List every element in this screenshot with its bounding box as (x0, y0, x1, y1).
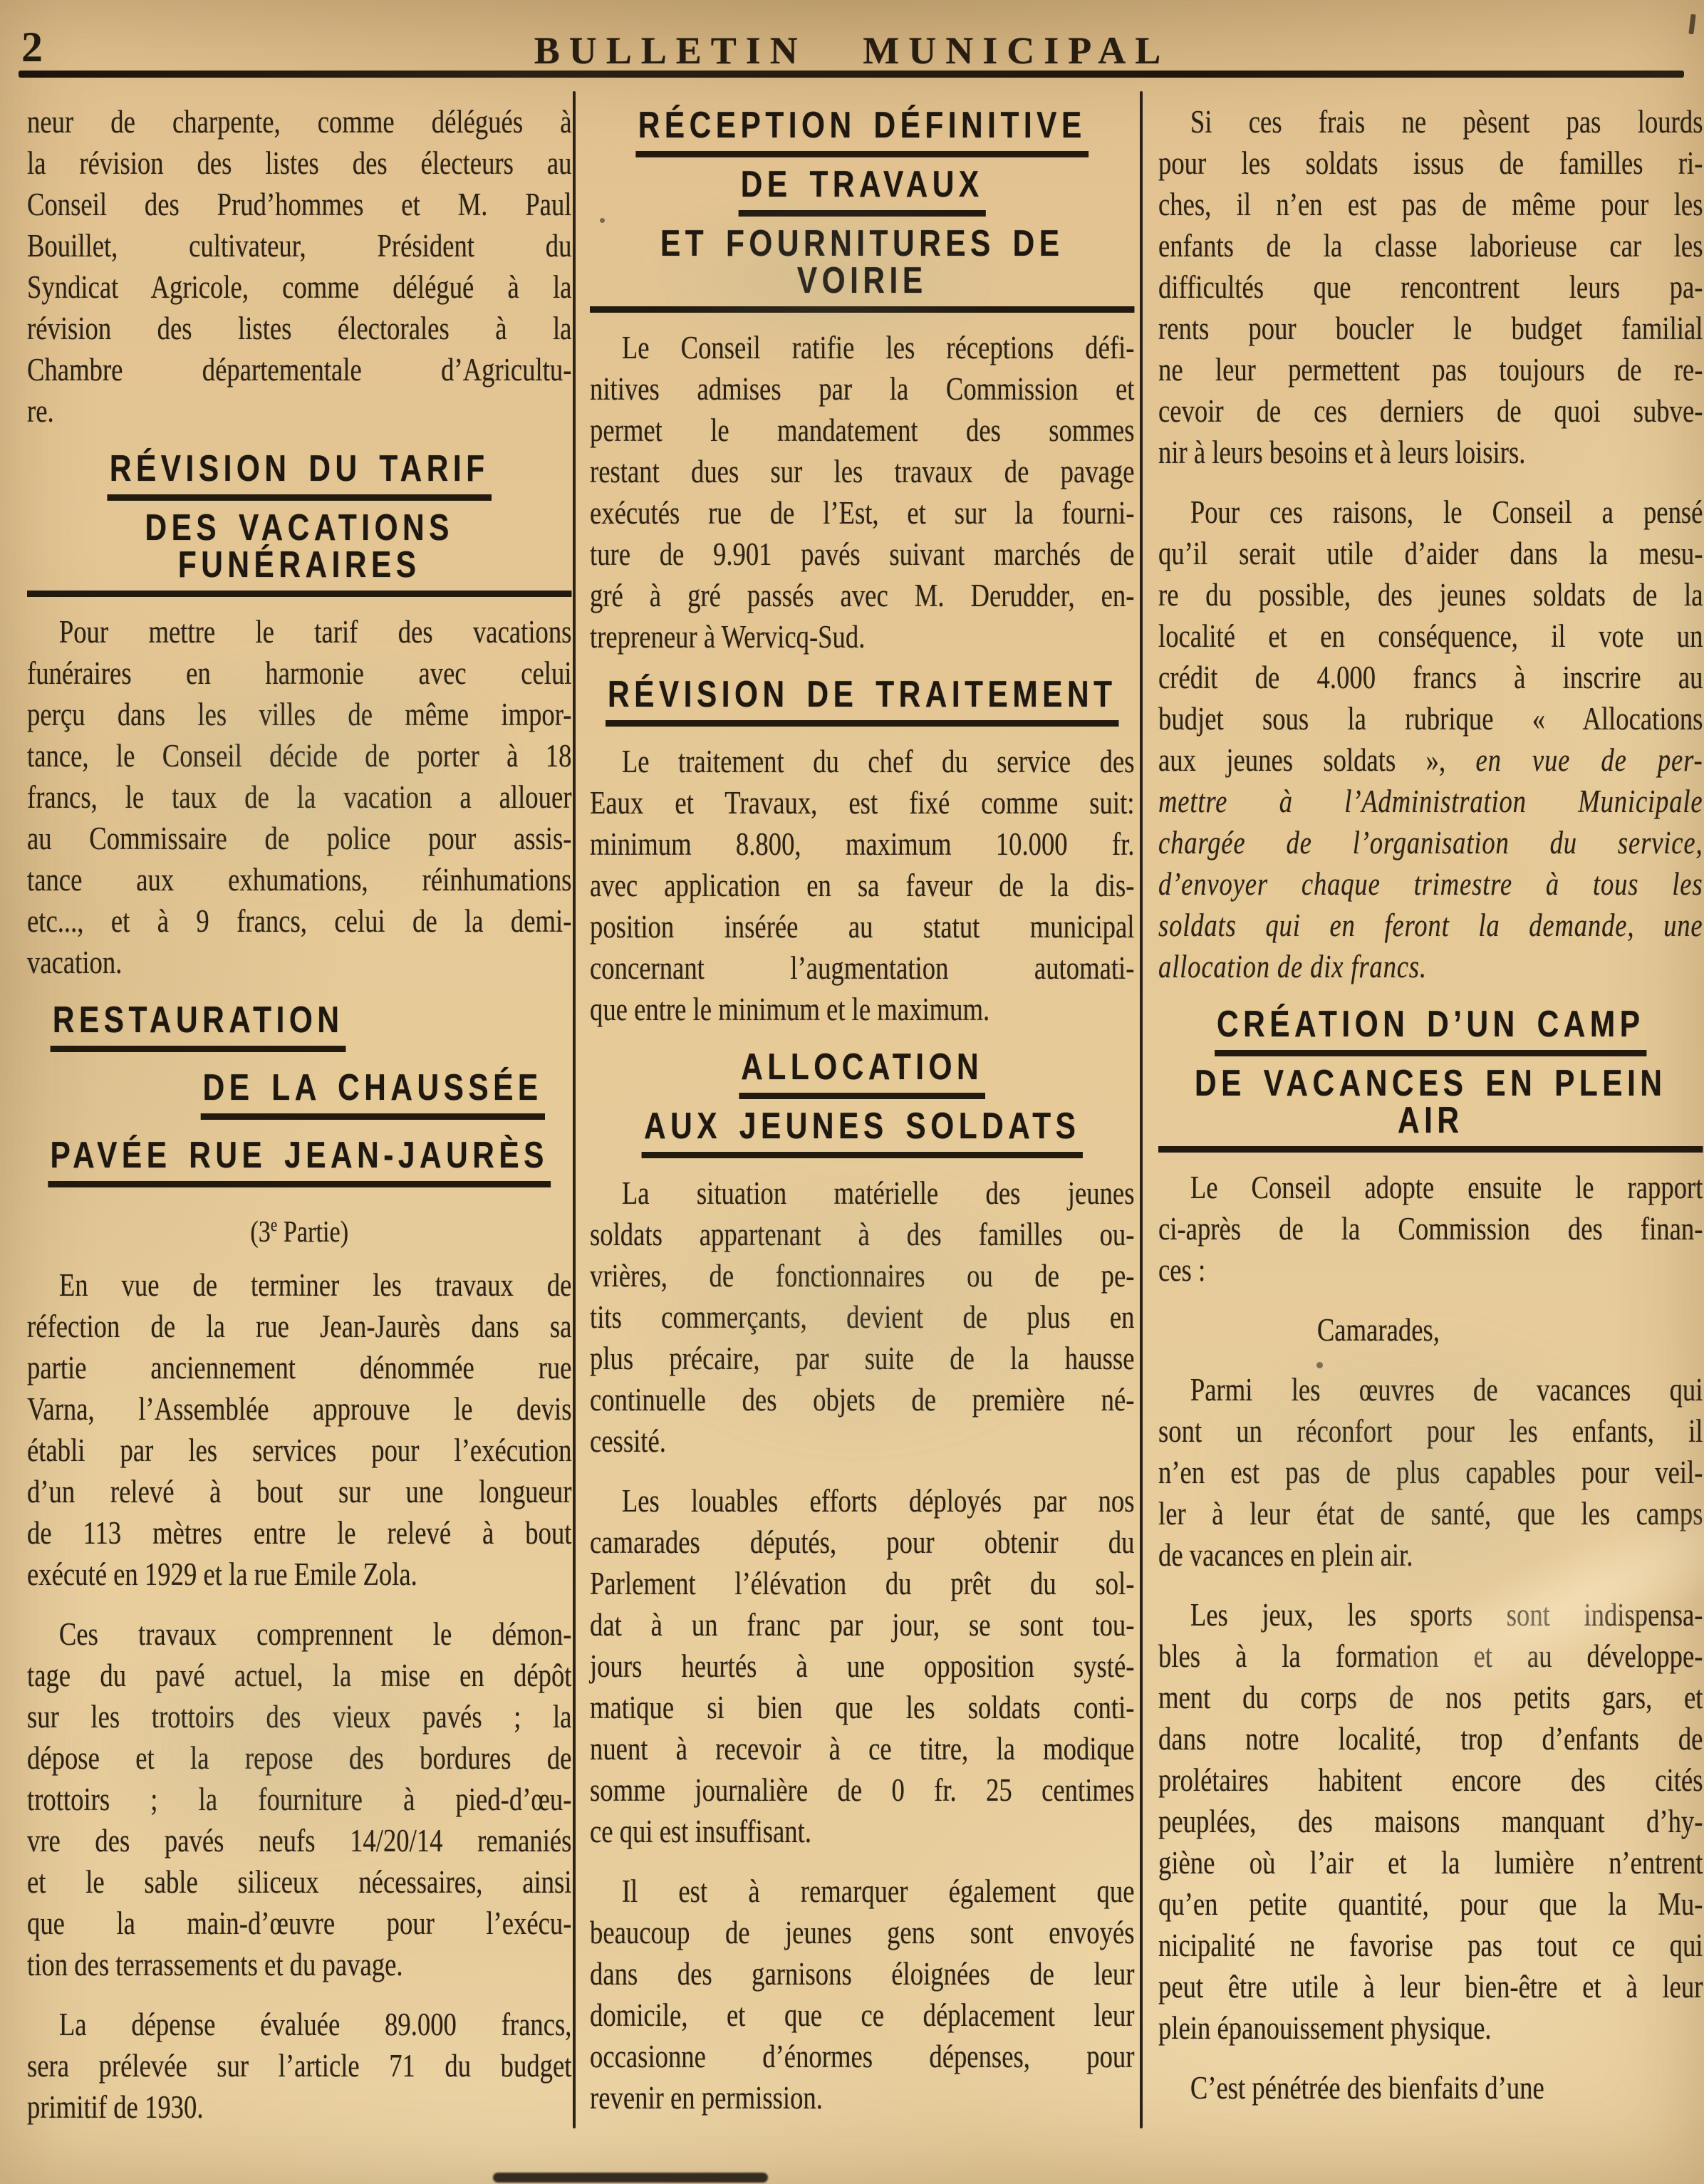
column-right: Si ces frais ne pèsent pas lourdspour le… (1158, 101, 1703, 2127)
text-line: ne leur permettent pas toujours de re- (1158, 349, 1703, 390)
text-line: établi par les services pour l’exécution (27, 1430, 571, 1471)
header-rule (19, 71, 1684, 78)
column-divider-2 (1140, 91, 1143, 2128)
text-line: En vue de terminer les travaux de (27, 1264, 571, 1306)
paper-stain (107, 641, 520, 898)
paragraph: Les louables efforts déployés par noscam… (590, 1480, 1134, 1852)
text-line: matique si bien que les soldats conti- (590, 1687, 1134, 1728)
text-line: nir à leurs besoins et à leurs loisirs. (1158, 432, 1703, 473)
headline-line: AUX JEUNES SOLDATS (642, 1108, 1083, 1158)
section-headline: CRÉATION D’UN CAMPDE VACANCES EN PLEIN A… (1158, 1006, 1703, 1153)
text-line: peut être utile à leur bien-être et à le… (1158, 1966, 1703, 2007)
text-line: enfants de la classe laborieuse car les (1158, 225, 1703, 266)
paragraph: Le Conseil ratifie les réceptions défi-n… (590, 327, 1134, 657)
subheading-text: Partie) (277, 1216, 348, 1249)
paper-stain (64, 1624, 506, 1866)
text-line: aux jeunes soldats », en vue de per- (1158, 739, 1703, 781)
paragraph: Pour ces raisons, le Conseil a penséqu’i… (1158, 492, 1703, 987)
text-line: révision des listes électorales à la (27, 308, 571, 349)
text-line: ches, il n’en est pas de même pour les (1158, 184, 1703, 225)
headline-row: RÉVISION DU TARIF (27, 450, 571, 501)
headline-row: RÉVISION DE TRAITEMENT (590, 676, 1134, 727)
text-line: prolétaires habitent encore des cités (1158, 1759, 1703, 1801)
text-line: sera prélevée sur l’article 71 du budget (27, 2045, 571, 2086)
italic-text: allocation de dix francs. (1158, 949, 1427, 984)
text-line: pour les soldats issus de familles ri- (1158, 142, 1703, 184)
page-title: BULLETIN MUNICIPAL (0, 31, 1704, 70)
text-line: concernant l’augmentation automati- (590, 947, 1134, 989)
text-line: réfection de la rue Jean-Jaurès dans sa (27, 1306, 571, 1347)
paragraph: C’est pénétrée des bienfaits d’une (1158, 2067, 1703, 2108)
text-line: nicipalité ne favorise pas tout ce qui (1158, 1925, 1703, 1966)
headline-row: CRÉATION D’UN CAMP (1158, 1006, 1703, 1056)
text-line: crédit de 4.000 francs à inscrire au (1158, 657, 1703, 698)
text-line: ces : (1158, 1249, 1703, 1291)
paragraph: En vue de terminer les travaux deréfecti… (27, 1264, 571, 1595)
headline-row: DES VACATIONS FUNÉRAIRES (27, 509, 571, 597)
text-line: re du possible, des jeunes soldats de la (1158, 574, 1703, 615)
text-line: nitives admises par la Commission et (590, 368, 1134, 410)
text-line: position insérée au statut municipal (590, 906, 1134, 947)
text-line: jours heurtés à une opposition systé- (590, 1645, 1134, 1687)
text-line: la révision des listes des électeurs au (27, 142, 571, 184)
paragraph: Le traitement du chef du service desEaux… (590, 741, 1134, 1030)
italic-text: soldats qui en feront la demande, une (1158, 908, 1703, 943)
headline-row: ALLOCATION (590, 1049, 1134, 1099)
text-line: mettre à l’Administration Municipale (1158, 781, 1703, 822)
text-line: nuent à recevoir à ce titre, la modique (590, 1728, 1134, 1769)
text-line: partie anciennement dénommée rue (27, 1347, 571, 1388)
text-line: vacation. (27, 942, 571, 983)
text-line: minimum 8.800, maximum 10.000 fr. (590, 823, 1134, 865)
roman-text: aux jeunes soldats », (1158, 742, 1475, 778)
paragraph: Il est à remarquer également quebeaucoup… (590, 1871, 1134, 2118)
ink-smudge (493, 2173, 768, 2183)
text-line: giène où l’air et la lumière n’entrent (1158, 1842, 1703, 1883)
headline-line: DE LA CHAUSSÉE (200, 1069, 545, 1120)
text-line: restant dues sur les travaux de pavage (590, 451, 1134, 492)
text-line: ci-après de la Commission des finan- (1158, 1208, 1703, 1249)
text-line: revenir en permission. (590, 2077, 1134, 2118)
text-line: dans des garnisons éloignées de leur (590, 1953, 1134, 1995)
text-line: La dépense évaluée 89.000 francs, (27, 2004, 571, 2045)
text-line: qu’en petite quantité, pour que la Mu- (1158, 1883, 1703, 1925)
text-line: d’envoyer chaque trimestre à tous les (1158, 863, 1703, 905)
text-line: somme journalière de 0 fr. 25 centimes (590, 1769, 1134, 1811)
headline-row: RESTAURATION (27, 1002, 571, 1052)
text-line: que la main-d’œuvre pour l’exécu- (27, 1903, 571, 1944)
text-line: etc..., et à 9 francs, celui de la demi- (27, 900, 571, 942)
section-headline: RESTAURATIONDE LA CHAUSSÉEPAVÉE RUE JEAN… (27, 1002, 571, 1187)
text-line: budjet sous la rubrique « Allocations (1158, 698, 1703, 739)
headline-line: DE VACANCES EN PLEIN AIR (1158, 1065, 1703, 1153)
paragraph: Le Conseil adopte ensuite le rapportci-a… (1158, 1167, 1703, 1291)
text-line: Varna, l’Assemblée approuve le devis (27, 1388, 571, 1430)
text-line: exécutés rue de l’Est, et sur la fourni- (590, 492, 1134, 534)
text-line: exécuté en 1929 et la rue Emile Zola. (27, 1554, 571, 1595)
paper-stain (641, 192, 1012, 363)
text-line: Le traitement du chef du service des (590, 741, 1134, 782)
text-line: avec application en sa faveur de la dis- (590, 865, 1134, 906)
newspaper-page: 2 BULLETIN MUNICIPAL neur de charpente, … (0, 0, 1704, 2184)
text-line: neur de charpente, comme délégués à (27, 101, 571, 142)
headline-line: CRÉATION D’UN CAMP (1215, 1006, 1647, 1056)
text-line: que entre le minimum et le maximum. (590, 989, 1134, 1030)
text-line: soldats qui en feront la demande, une (1158, 905, 1703, 946)
headline-row: DE LA CHAUSSÉE (27, 1069, 571, 1120)
section-headline: ALLOCATIONAUX JEUNES SOLDATS (590, 1049, 1134, 1158)
text-line: Le Conseil adopte ensuite le rapport (1158, 1167, 1703, 1208)
italic-text: chargée de l’organisation du service, (1158, 825, 1703, 860)
text-line: occasionne d’énormes dépenses, pour (590, 2036, 1134, 2077)
text-line: allocation de dix francs. (1158, 946, 1703, 987)
text-line: Bouillet, cultivateur, Président du (27, 225, 571, 266)
column-middle: RÉCEPTION DÉFINITIVEDE TRAVAUXET FOURNIT… (590, 101, 1134, 2137)
headline-line: RÉVISION DU TARIF (108, 450, 492, 501)
text-line: plein épanouissement physique. (1158, 2007, 1703, 2049)
text-line: difficultés que rencontrent leurs pa- (1158, 266, 1703, 308)
text-line: peuplées, des maisons manquant d’hy- (1158, 1801, 1703, 1842)
text-line: camarades députés, pour obtenir du (590, 1522, 1134, 1563)
text-line: rents pour boucler le budget familial (1158, 308, 1703, 349)
text-line: gré à gré passés avec M. Derudder, en- (590, 575, 1134, 616)
ink-speck (600, 218, 605, 223)
text-line: Pour ces raisons, le Conseil a pensé (1158, 492, 1703, 533)
paragraph: Si ces frais ne pèsent pas lourdspour le… (1158, 101, 1703, 473)
section-headline: RÉVISION DU TARIFDES VACATIONS FUNÉRAIRE… (27, 450, 571, 597)
text-line: Chambre départementale d’Agricultu- (27, 349, 571, 390)
column-divider-1 (573, 91, 576, 2128)
italic-text: d’envoyer chaque trimestre à tous les (1158, 866, 1703, 902)
text-line: domicile, et que ce déplacement leur (590, 1995, 1134, 2036)
text-line: beaucoup de jeunes gens sont envoyés (590, 1912, 1134, 1953)
headline-line: PAVÉE RUE JEAN-JAURÈS (48, 1137, 551, 1187)
text-line: dat à un franc par jour, se sont tou- (590, 1604, 1134, 1645)
headline-row: RÉCEPTION DÉFINITIVE (590, 107, 1134, 157)
text-line: qu’il serait utile d’aider dans la mesu- (1158, 533, 1703, 574)
text-line: cevoir de ces derniers de quoi subve- (1158, 390, 1703, 432)
italic-text: mettre à l’Administration Municipale (1158, 784, 1703, 819)
text-line: et le sable siliceux nécessaires, ainsi (27, 1861, 571, 1903)
part-subheading: (3e Partie) (27, 1205, 571, 1246)
headline-line: RESTAURATION (51, 1002, 346, 1052)
headline-row: AUX JEUNES SOLDATS (590, 1108, 1134, 1158)
headline-line: ALLOCATION (739, 1049, 985, 1099)
text-line: Il est à remarquer également que (590, 1871, 1134, 1912)
headline-line: RÉVISION DE TRAITEMENT (606, 676, 1119, 727)
paper-stain (627, 1168, 1083, 1453)
subheading-text: (3 (250, 1216, 271, 1249)
text-line: permet le mandatement des sommes (590, 410, 1134, 451)
text-line: re. (27, 390, 571, 432)
text-line: primitif de 1930. (27, 2086, 571, 2128)
italic-text: en vue de per- (1475, 742, 1703, 778)
text-line: trepreneur à Wervicq-Sud. (590, 616, 1134, 657)
text-line: Eaux et Travaux, est fixé comme suit: (590, 782, 1134, 823)
headline-line: RÉCEPTION DÉFINITIVE (635, 107, 1089, 157)
text-line: Syndicat Agricole, comme délégué à la (27, 266, 571, 308)
text-line: Conseil des Prud’hommes et M. Paul (27, 184, 571, 225)
text-line: Les louables efforts déployés par nos (590, 1480, 1134, 1522)
headline-row: PAVÉE RUE JEAN-JAURÈS (27, 1137, 571, 1187)
text-line: Parlement l’élévation du prêt du sol- (590, 1563, 1134, 1604)
subheading-superscript: e (271, 1215, 277, 1235)
headline-line: DES VACATIONS FUNÉRAIRES (27, 509, 571, 597)
text-line: tion des terrassements et du pavage. (27, 1944, 571, 1985)
paragraph: La dépense évaluée 89.000 francs,sera pr… (27, 2004, 571, 2128)
text-line: ture de 9.901 pavés suivant marchés de (590, 534, 1134, 575)
headline-row: DE VACANCES EN PLEIN AIR (1158, 1065, 1703, 1153)
ink-speck (1316, 1362, 1323, 1368)
text-line: Si ces frais ne pèsent pas lourds (1158, 101, 1703, 142)
section-headline: RÉVISION DE TRAITEMENT (590, 676, 1134, 727)
text-line: localité et en conséquence, il vote un (1158, 615, 1703, 657)
text-line: d’un relevé à bout sur une longueur (27, 1471, 571, 1512)
text-line: chargée de l’organisation du service, (1158, 822, 1703, 863)
text-line: C’est pénétrée des bienfaits d’une (1158, 2067, 1703, 2108)
paragraph: neur de charpente, comme délégués àla ré… (27, 101, 571, 432)
text-line: de 113 mètres entre le relevé à bout (27, 1512, 571, 1554)
text-line: ce qui est insuffisant. (590, 1811, 1134, 1852)
